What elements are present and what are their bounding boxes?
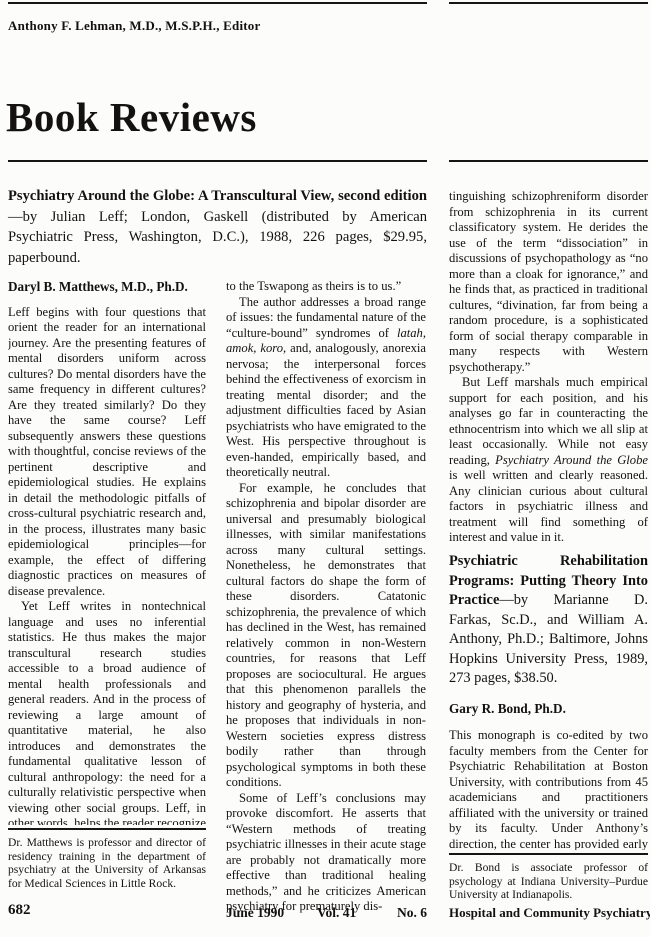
column-2: to the Tswapong as theirs is to us.” The…: [226, 279, 426, 915]
footer-number: No. 6: [397, 905, 427, 921]
body-paragraph: to the Tswapong as theirs is to us.”: [226, 279, 426, 295]
top-rule-right: [449, 2, 648, 4]
section-title: Book Reviews: [6, 92, 257, 142]
book-citation-1: Psychiatry Around the Globe: A Transcult…: [8, 186, 427, 268]
book-citation-2: Psychiatric Rehabilitation Programs: Put…: [449, 552, 648, 689]
body-paragraph: For example, he concludes that schizophr…: [226, 481, 426, 791]
body-paragraph: Some of Leff’s conclusions may provoke d…: [226, 791, 426, 915]
reviewer-footnote-2: Dr. Bond is associate professor of psych…: [449, 853, 648, 902]
footer-page-number: 682: [8, 902, 31, 919]
top-rule-left: [8, 2, 427, 4]
reviewer-name-1: Daryl B. Matthews, M.D., Ph.D.: [8, 279, 206, 295]
body-paragraph: Leff begins with four questions that ori…: [8, 305, 206, 600]
footer-journal-name: Hospital and Community Psychiatry: [449, 905, 648, 921]
column-1: Daryl B. Matthews, M.D., Ph.D. Leff begi…: [8, 279, 206, 825]
paragraph-text: and, analogously, anorexia nervosa; the …: [226, 341, 426, 479]
column-3: tinguishing schizophreniform disorder fr…: [449, 189, 648, 547]
editor-line: Anthony F. Lehman, M.D., M.S.P.H., Edito…: [8, 18, 260, 34]
reviewer-name-2: Gary R. Bond, Ph.D.: [449, 701, 648, 717]
body-paragraph: The author addresses a broad range of is…: [226, 295, 426, 481]
review-2-section: Psychiatric Rehabilitation Programs: Put…: [449, 552, 648, 850]
reviewer-footnote-1: Dr. Matthews is professor and director o…: [8, 828, 206, 890]
italic-book-title: Psychiatry Around the Globe: [495, 453, 648, 467]
footer-volume: Vol. 41: [317, 905, 356, 921]
body-paragraph: Yet Leff writes in nontechnical language…: [8, 599, 206, 825]
paragraph-text: is well written and clearly reasoned. An…: [449, 468, 648, 544]
footer-issue-date: June 1990: [226, 905, 284, 921]
journal-page: Anthony F. Lehman, M.D., M.S.P.H., Edito…: [0, 0, 650, 937]
book-citation-details-1: —by Julian Leff; London, Gaskell (distri…: [8, 209, 427, 266]
body-paragraph: This monograph is co-edited by two facul…: [449, 728, 648, 850]
mid-rule-right: [449, 160, 648, 162]
mid-rule-left: [8, 160, 427, 162]
body-paragraph: But Leff marshals much empirical support…: [449, 375, 648, 546]
book-title-1: Psychiatry Around the Globe: A Transcult…: [8, 188, 427, 204]
body-paragraph: tinguishing schizophreniform disorder fr…: [449, 189, 648, 375]
